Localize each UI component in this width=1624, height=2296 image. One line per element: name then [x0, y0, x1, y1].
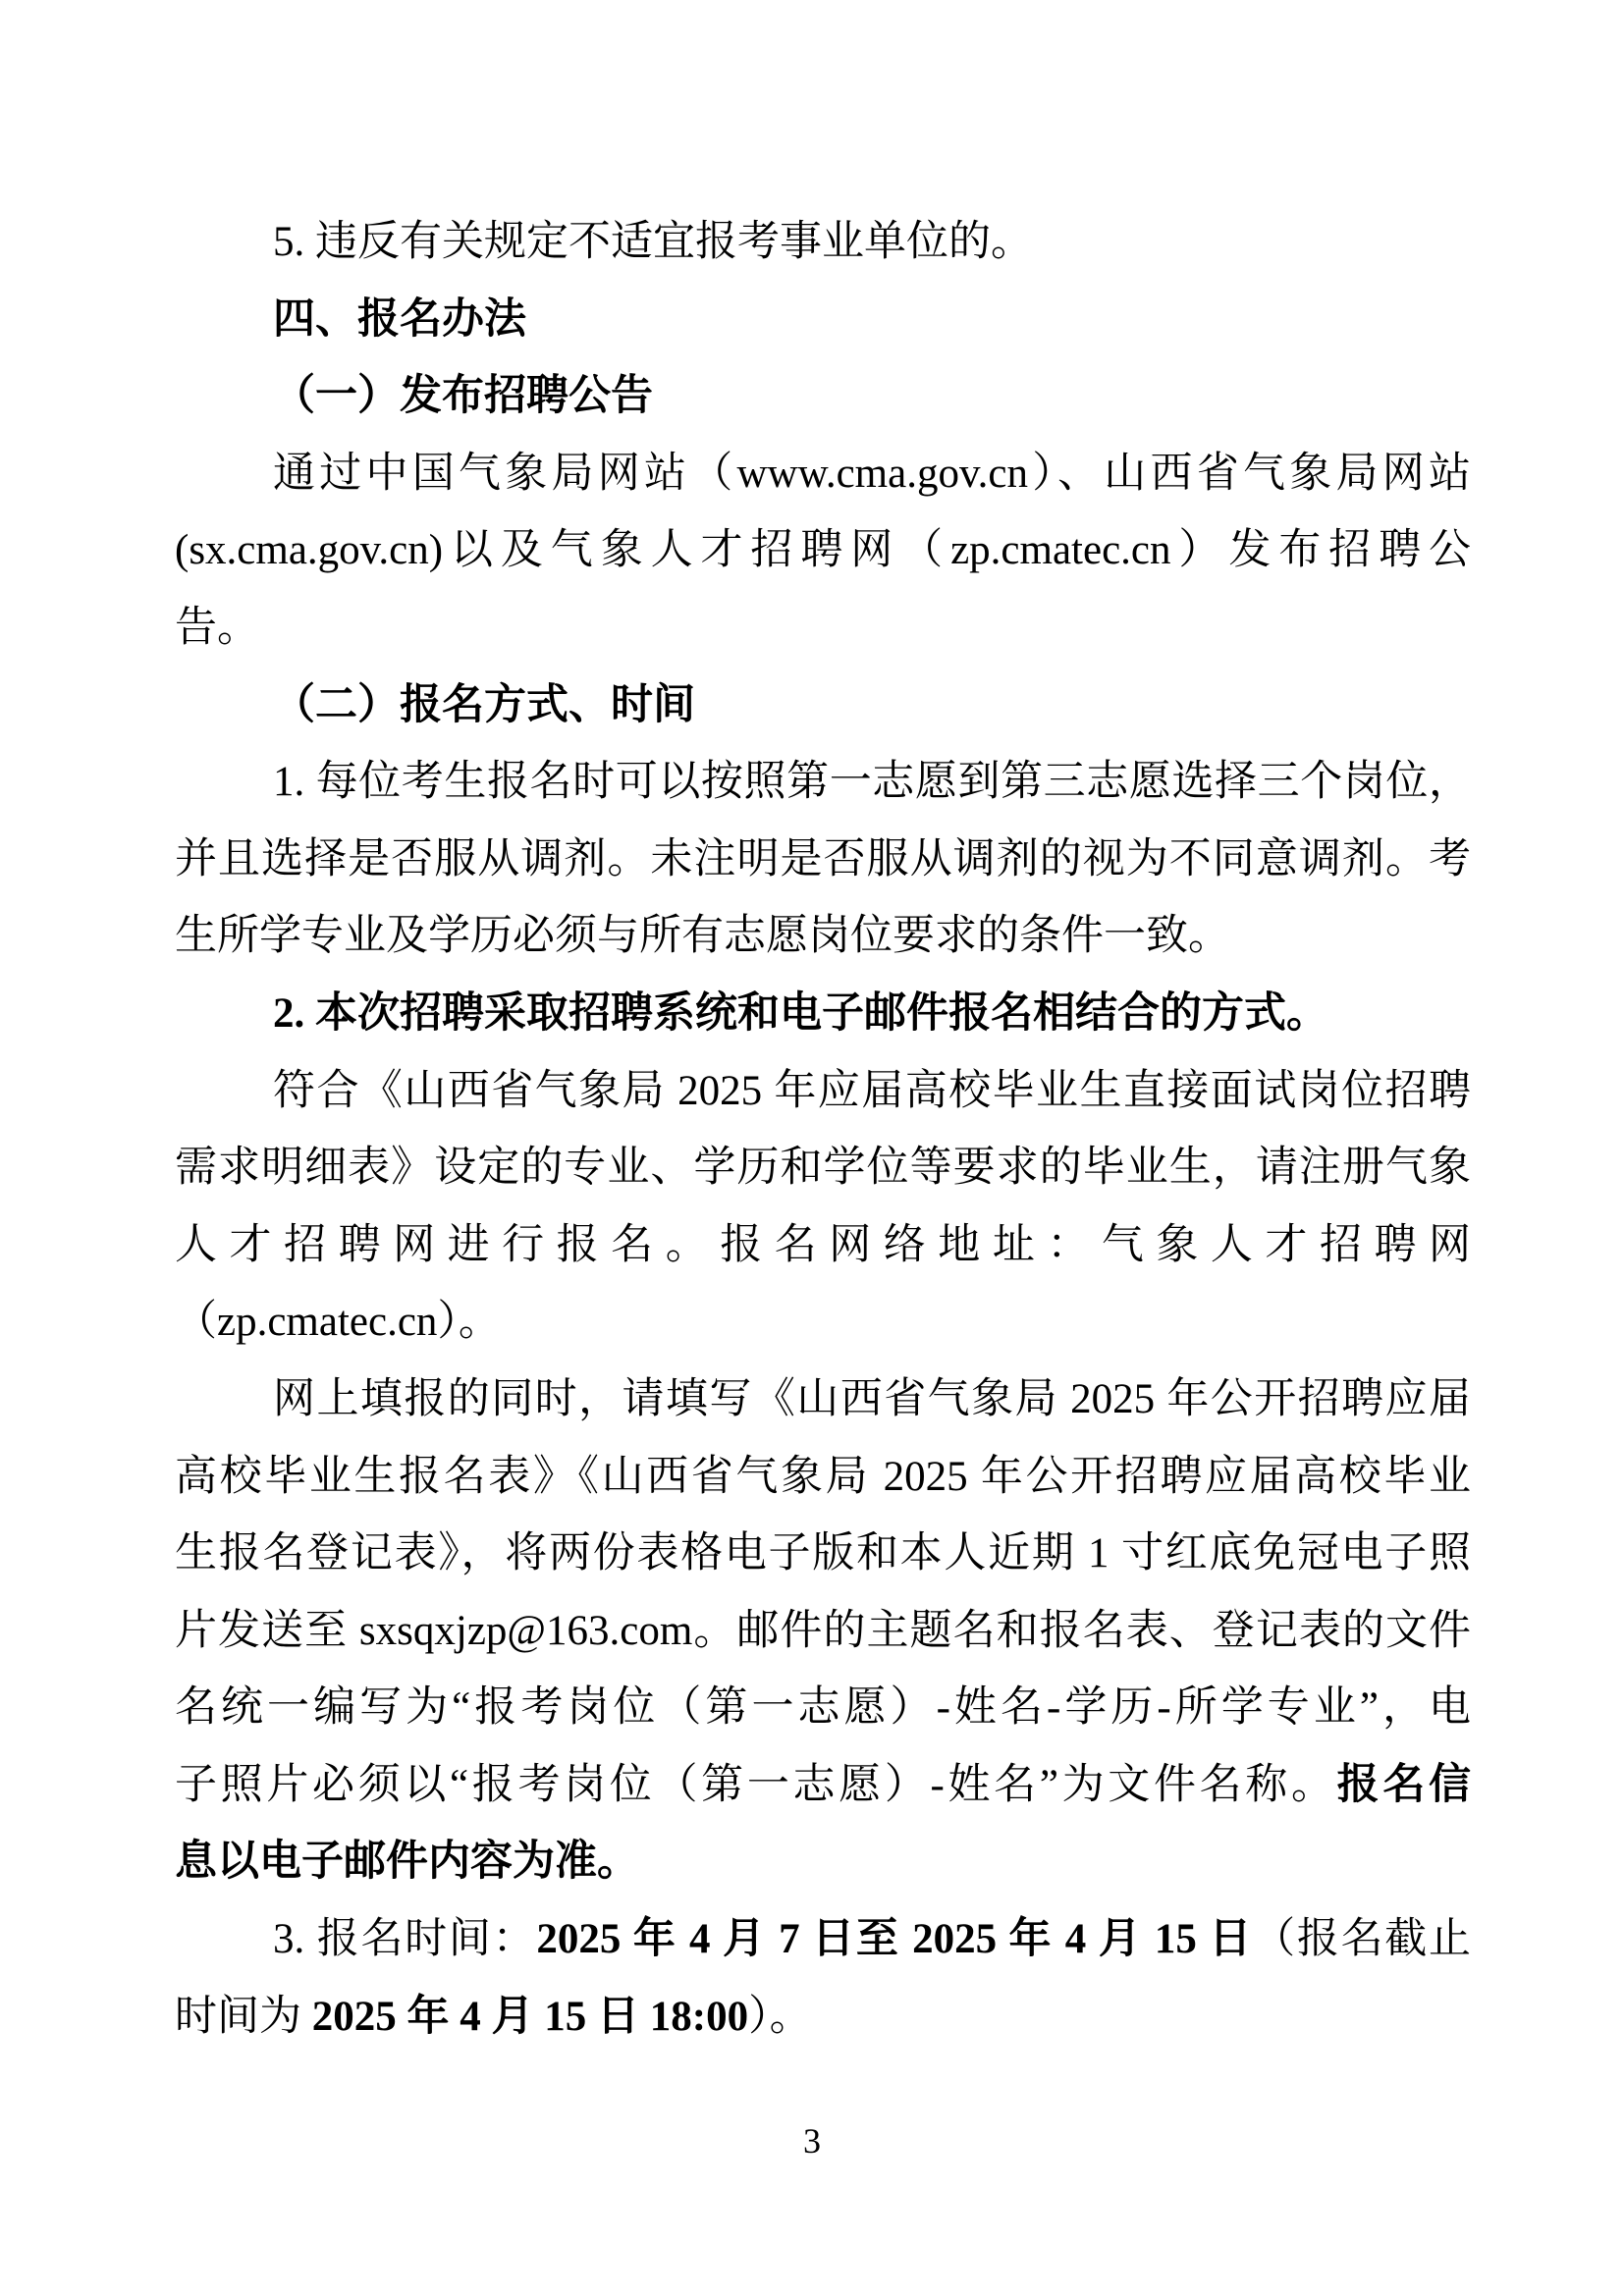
text-line: 符合《山西省气象局 2025 年应届高校毕业生直接面试岗位招聘 [175, 1053, 1471, 1131]
text-run: 1. 每位考生报名时可以按照第一志愿到第三志愿选择三个岗位， [273, 759, 1471, 805]
page-number: 3 [0, 2120, 1624, 2162]
text-line: 告。 [175, 590, 1471, 667]
text-run: 四、报名办法 [273, 296, 526, 343]
document-body: 5. 违反有关规定不适宜报考事业单位的。 四、报名办法 （一）发布招聘公告 通过… [175, 204, 1471, 2056]
text-run: 报名信 [1337, 1762, 1471, 1808]
text-run: 人才招聘网进行报名。报名网络地址：气象人才招聘网 [175, 1222, 1471, 1268]
text-run: 告。 [175, 605, 259, 651]
text-run: 名统一编写为“报考岗位（第一志愿）-姓名-学历-所学专业”，电 [175, 1684, 1471, 1731]
text-line: 3. 报名时间：2025 年 4 月 7 日至 2025 年 4 月 15 日（… [175, 1901, 1471, 1979]
text-run: ）。 [748, 1994, 812, 2040]
text-line: 息以电子邮件内容为准。 [175, 1824, 1471, 1901]
text-run: 时间为 [175, 1994, 312, 2040]
text-line: 网上填报的同时，请填写《山西省气象局 2025 年公开招聘应届 [175, 1362, 1471, 1439]
text-run: 片发送至 sxsqxjzp@163.com。邮件的主题名和报名表、登记表的文件 [175, 1608, 1471, 1654]
text-line: 并且选择是否服从调剂。未注明是否服从调剂的视为不同意调剂。考 [175, 822, 1471, 899]
text-run: 生报名登记表》，将两份表格电子版和本人近期 1 寸红底免冠电子照 [175, 1530, 1471, 1576]
text-line: 生所学专业及学历必须与所有志愿岗位要求的条件一致。 [175, 898, 1471, 976]
text-line: （zp.cmatec.cn）。 [175, 1284, 1471, 1362]
document-page: 5. 违反有关规定不适宜报考事业单位的。 四、报名办法 （一）发布招聘公告 通过… [0, 0, 1624, 2296]
text-run: 并且选择是否服从调剂。未注明是否服从调剂的视为不同意调剂。考 [175, 836, 1471, 882]
text-run: 需求明细表》设定的专业、学历和学位等要求的毕业生，请注册气象 [175, 1145, 1471, 1191]
text-run: （二）报名方式、时间 [273, 682, 695, 728]
section-heading: （一）发布招聘公告 [175, 358, 1471, 436]
text-line: 1. 每位考生报名时可以按照第一志愿到第三志愿选择三个岗位， [175, 744, 1471, 822]
text-line: 生报名登记表》，将两份表格电子版和本人近期 1 寸红底免冠电子照 [175, 1516, 1471, 1593]
text-run: （一）发布招聘公告 [273, 373, 653, 419]
text-run: 符合《山西省气象局 2025 年应届高校毕业生直接面试岗位招聘 [273, 1068, 1471, 1114]
text-line: 时间为 2025 年 4 月 15 日 18:00）。 [175, 1979, 1471, 2056]
section-heading: 四、报名办法 [175, 282, 1471, 359]
text-run: 生所学专业及学历必须与所有志愿岗位要求的条件一致。 [175, 913, 1230, 959]
text-line: 子照片必须以“报考岗位（第一志愿）-姓名”为文件名称。报名信 [175, 1747, 1471, 1825]
text-run: (sx.cma.gov.cn)以及气象人才招聘网（zp.cmatec.cn）发布… [175, 527, 1471, 573]
text-line: (sx.cma.gov.cn)以及气象人才招聘网（zp.cmatec.cn）发布… [175, 512, 1471, 590]
section-heading: （二）报名方式、时间 [175, 667, 1471, 745]
text-run: 通过中国气象局网站（www.cma.gov.cn）、山西省气象局网站 [273, 451, 1471, 497]
text-line: 需求明细表》设定的专业、学历和学位等要求的毕业生，请注册气象 [175, 1130, 1471, 1207]
text-line: 片发送至 sxsqxjzp@163.com。邮件的主题名和报名表、登记表的文件 [175, 1593, 1471, 1671]
text-run: 子照片必须以“报考岗位（第一志愿）-姓名”为文件名称。 [175, 1762, 1337, 1808]
text-run: 网上填报的同时，请填写《山西省气象局 2025 年公开招聘应届 [273, 1376, 1471, 1422]
text-run: 2025 年 4 月 15 日 18:00 [312, 1994, 748, 2040]
text-line: 名统一编写为“报考岗位（第一志愿）-姓名-学历-所学专业”，电 [175, 1670, 1471, 1747]
text-run: 息以电子邮件内容为准。 [175, 1839, 639, 1885]
text-run: 高校毕业生报名表》《山西省气象局 2025 年公开招聘应届高校毕业 [175, 1454, 1471, 1500]
text-run: 3. 报名时间： [273, 1916, 536, 1962]
text-run: 2025 年 4 月 7 日至 2025 年 4 月 15 日 [536, 1916, 1253, 1962]
text-run: （报名截止 [1253, 1916, 1471, 1962]
text-run: 5. 违反有关规定不适宜报考事业单位的。 [273, 219, 1033, 265]
text-line: 2. 本次招聘采取招聘系统和电子邮件报名相结合的方式。 [175, 976, 1471, 1053]
text-line: 人才招聘网进行报名。报名网络地址：气象人才招聘网 [175, 1207, 1471, 1285]
text-line: 通过中国气象局网站（www.cma.gov.cn）、山西省气象局网站 [175, 436, 1471, 513]
text-run: （zp.cmatec.cn）。 [175, 1299, 501, 1345]
text-run: 2. 本次招聘采取招聘系统和电子邮件报名相结合的方式。 [273, 990, 1328, 1037]
text-line: 5. 违反有关规定不适宜报考事业单位的。 [175, 204, 1471, 282]
text-line: 高校毕业生报名表》《山西省气象局 2025 年公开招聘应届高校毕业 [175, 1439, 1471, 1517]
